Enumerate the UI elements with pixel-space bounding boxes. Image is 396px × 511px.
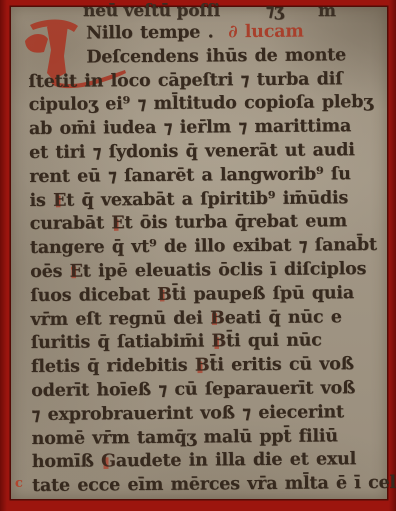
ink-text: vr̄m eſt regnū dei (31, 308, 211, 330)
text-line: rent eū ⁊ ſanarēt a langworib⁹ ſu (29, 163, 384, 190)
red-margin-mark: c (15, 476, 23, 491)
ink-text: et tiri ⁊ ſydonis q̄ venerāt ut audi (29, 140, 355, 163)
ink-text: tangere q̄ vt⁹ de illo exibat ⁊ ſanab̄t (30, 235, 377, 258)
parchment-page: neū veſtū poſſi ⁊ʒ m Nillo tempe . ∂ luc… (11, 7, 387, 499)
rubricated-capital: G (101, 452, 116, 472)
ink-text: homīß (32, 452, 101, 473)
text-line: Nillo tempe . ∂ lucam (28, 20, 383, 47)
rubricated-capital: B (211, 332, 226, 352)
text-line: nomē vr̄m tamq̄ʒ malū ppt̄ filiū (32, 424, 387, 451)
rubric-text: ∂ lucam (213, 22, 303, 43)
text-line: ſuritis q̄ ſatiabim̄i Bt̄i qui nūc (31, 329, 386, 356)
text-line: curabāt Et ōis turba q̄rebat eum (30, 210, 385, 237)
text-line: Deſcendens ihūs de monte (28, 44, 383, 71)
ink-text: Deſcendens ihūs de monte (86, 45, 346, 67)
ink-text: is (29, 190, 53, 210)
ink-text: t q̄ vexabāt a ſpiritib⁹ im̄ūdis (66, 188, 348, 210)
ink-text: oderīt hoīeß ⁊ cū ſeparauerīt voß (31, 378, 355, 401)
text-line: oderīt hoīeß ⁊ cū ſeparauerīt voß (31, 377, 386, 404)
ink-text: rent eū ⁊ ſanarēt a langworib⁹ ſu (29, 164, 351, 187)
text-line: ab om̄i iudea ⁊ ier̄lm ⁊ marittima (29, 115, 384, 142)
rubricated-capital: B (195, 356, 210, 376)
ink-text: t ōis turba q̄rebat eum (124, 212, 347, 234)
ink-text: Nillo tempe . (86, 22, 214, 43)
text-line: tangere q̄ vt⁹ de illo exibat ⁊ ſanab̄t (30, 234, 385, 261)
ink-text: fletis q̄ ridebitis (31, 356, 195, 377)
text-line: cipuloʒ ei⁹ ⁊ ml̄titudo copioſa plebʒ (29, 91, 384, 118)
rubricated-capital: B (210, 308, 225, 328)
ink-text: ⁊ exprobrauerint voß ⁊ eiecerint (31, 402, 344, 425)
text-line: tate ecce eīm mērces vr̄a ml̄ta ē ī celo (32, 472, 387, 499)
ink-text: ſuos dicebat (30, 285, 157, 306)
ink-text: t̄i qui nūc (226, 331, 322, 352)
text-line: fletis q̄ ridebitis Bt̄i eritis cū voß (31, 353, 386, 380)
manuscript-photo-frame: neū veſtū poſſi ⁊ʒ m Nillo tempe . ∂ luc… (0, 0, 396, 511)
text-line: ſtetit in loco cāpeſtri ⁊ turba diſ (28, 67, 383, 94)
ink-text: cipuloʒ ei⁹ ⁊ ml̄titudo copioſa plebʒ (29, 92, 373, 115)
text-line: ⁊ exprobrauerint voß ⁊ eiecerint (31, 401, 386, 428)
rubricated-capital: E (70, 262, 83, 282)
ink-text: oēs (30, 262, 70, 282)
ink-text: ſtetit in loco cāpeſtri ⁊ turba diſ (28, 69, 342, 92)
gospel-text-block: Nillo tempe . ∂ lucamDeſcendens ihūs de … (28, 20, 387, 499)
text-line: ſuos dicebat Bt̄i paupeß ſpū quia (30, 282, 385, 309)
rubricated-capital: E (53, 190, 66, 210)
rubricated-capital: E (111, 214, 124, 234)
text-line: homīß Gaudete in illa die et exul (32, 448, 387, 475)
rubricated-capital: B (157, 285, 172, 305)
ink-text: audete in illa die et exul (116, 449, 356, 471)
text-line: oēs Et ipē eleuatis ōclis ī diſciplos (30, 258, 385, 285)
text-line: is Et q̄ vexabāt a ſpiritib⁹ im̄ūdis (29, 186, 384, 213)
ink-text: t̄i eritis cū voß (209, 354, 354, 375)
ink-text: eati q̄ nūc e (225, 307, 342, 328)
ink-text: curabāt (30, 214, 112, 235)
ink-text: ab om̄i iudea ⁊ ier̄lm ⁊ marittima (29, 116, 351, 139)
text-line: et tiri ⁊ ſydonis q̄ venerāt ut audi (29, 139, 384, 166)
ink-text: tate ecce eīm mērces vr̄a ml̄ta ē ī celo (32, 473, 396, 496)
text-line: vr̄m eſt regnū dei Beati q̄ nūc e (30, 305, 385, 332)
ink-text: t ipē eleuatis ōclis ī diſciplos (83, 259, 367, 281)
ink-text: ſuritis q̄ ſatiabim̄i (31, 332, 212, 354)
ink-text: t̄i paupeß ſpū quia (172, 283, 354, 305)
ink-text: nomē vr̄m tamq̄ʒ malū ppt̄ filiū (32, 426, 338, 449)
